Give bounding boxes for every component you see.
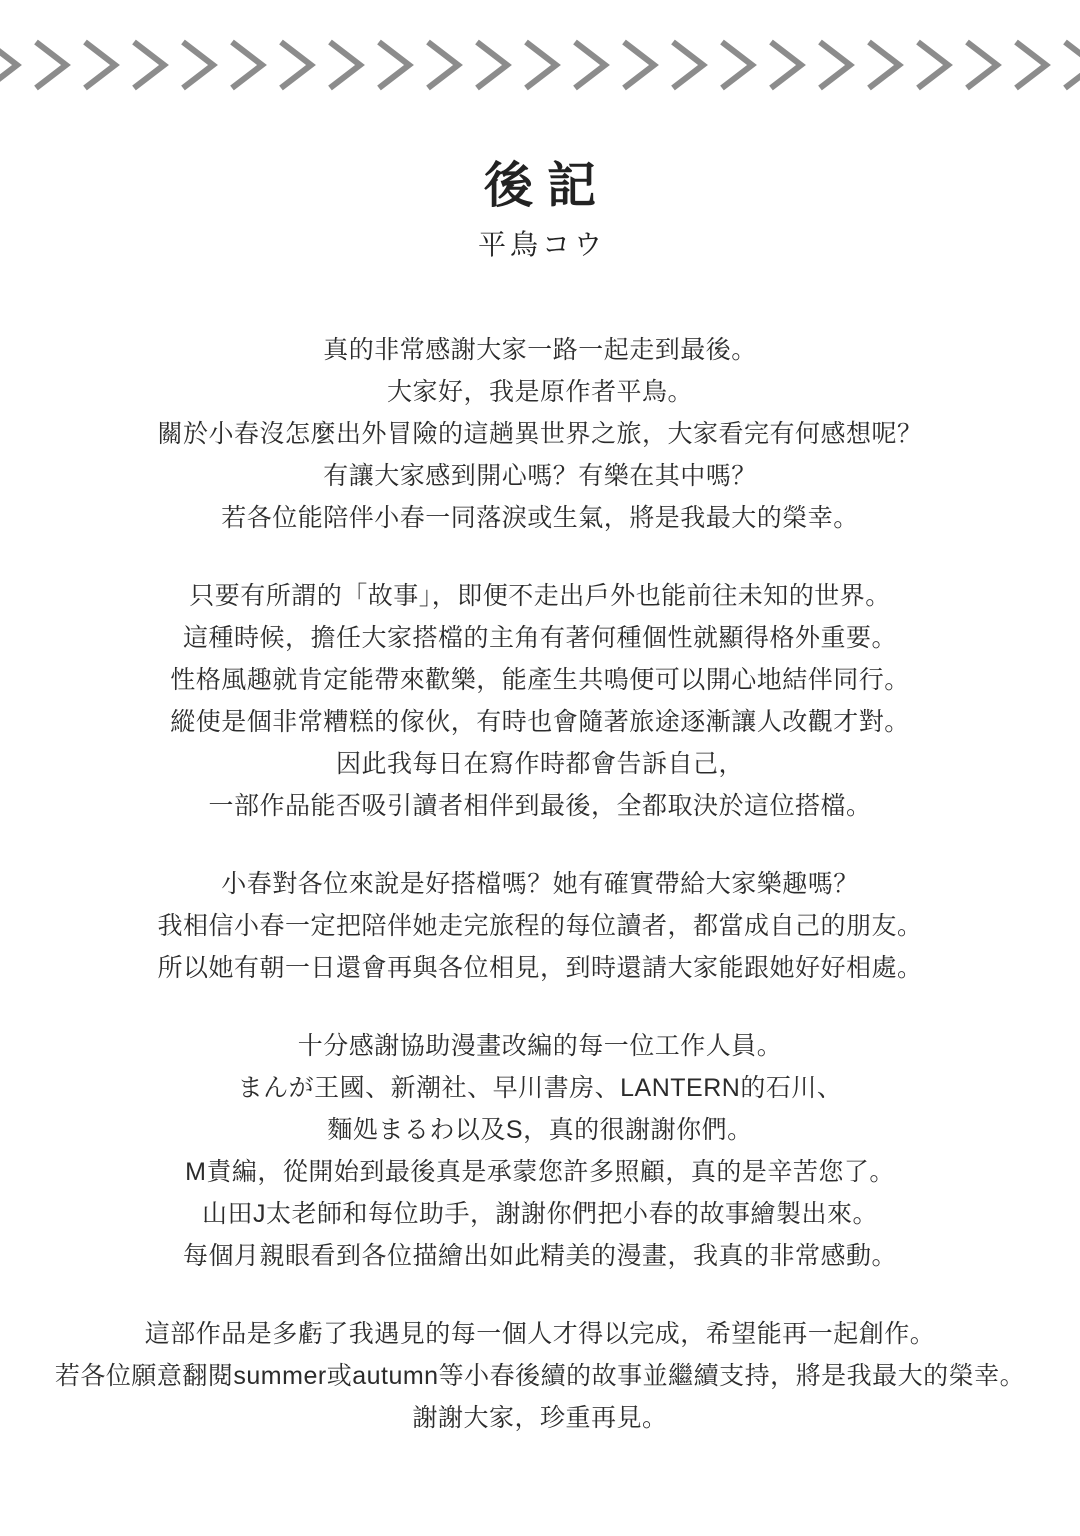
chevron-right-icon bbox=[370, 38, 419, 92]
afterword-line: 若各位願意翻閱summer或autumn等小春後續的故事並繼續支持，將是我最大的… bbox=[0, 1355, 1080, 1397]
chevron-right-icon bbox=[468, 38, 517, 92]
afterword-line: 謝謝大家，珍重再見。 bbox=[0, 1397, 1080, 1439]
afterword-line: 麵処まるわ以及S，真的很謝謝你們。 bbox=[0, 1109, 1080, 1151]
chevron-right-icon bbox=[174, 38, 223, 92]
chevron-right-icon bbox=[125, 38, 174, 92]
page-title: 後記 bbox=[0, 158, 1080, 214]
afterword-line: 因此我每日在寫作時都會告訴自己， bbox=[0, 743, 1080, 785]
afterword-line: 大家好，我是原作者平鳥。 bbox=[0, 371, 1080, 413]
chevron-right-icon bbox=[419, 38, 468, 92]
afterword-page: 後記 平鳥コウ 真的非常感謝大家一路一起走到最後。 大家好，我是原作者平鳥。 關… bbox=[0, 0, 1080, 1536]
afterword-line: 每個月親眼看到各位描繪出如此精美的漫畫，我真的非常感動。 bbox=[0, 1235, 1080, 1277]
paragraph-4: 十分感謝協助漫畫改編的每一位工作人員。 まんが王國、新潮社、早川書房、LANTE… bbox=[0, 1025, 1080, 1277]
afterword-line: 我相信小春一定把陪伴她走完旅程的每位讀者，都當成自己的朋友。 bbox=[0, 905, 1080, 947]
afterword-line: 有讓大家感到開心嗎？有樂在其中嗎？ bbox=[0, 455, 1080, 497]
chevron-right-icon bbox=[958, 38, 1007, 92]
chevron-right-icon bbox=[762, 38, 811, 92]
afterword-line: 若各位能陪伴小春一同落淚或生氣，將是我最大的榮幸。 bbox=[0, 497, 1080, 539]
chevron-right-icon bbox=[713, 38, 762, 92]
paragraph-2: 只要有所謂的「故事」，即便不走出戶外也能前往未知的世界。 這種時候，擔任大家搭檔… bbox=[0, 575, 1080, 827]
afterword-line: 真的非常感謝大家一路一起走到最後。 bbox=[0, 329, 1080, 371]
paragraph-1: 真的非常感謝大家一路一起走到最後。 大家好，我是原作者平鳥。 關於小春沒怎麼出外… bbox=[0, 329, 1080, 539]
afterword-line: まんが王國、新潮社、早川書房、LANTERN的石川、 bbox=[0, 1067, 1080, 1109]
paragraph-5: 這部作品是多虧了我遇見的每一個人才得以完成，希望能再一起創作。 若各位願意翻閱s… bbox=[0, 1313, 1080, 1439]
afterword-line: 性格風趣就肯定能帶來歡樂，能產生共鳴便可以開心地結伴同行。 bbox=[0, 659, 1080, 701]
afterword-line: 縱使是個非常糟糕的傢伙，有時也會隨著旅途逐漸讓人改觀才對。 bbox=[0, 701, 1080, 743]
afterword-line: 所以她有朝一日還會再與各位相見，到時還請大家能跟她好好相處。 bbox=[0, 947, 1080, 989]
afterword-line: 十分感謝協助漫畫改編的每一位工作人員。 bbox=[0, 1025, 1080, 1067]
chevron-right-icon bbox=[615, 38, 664, 92]
afterword-line: 一部作品能否吸引讀者相伴到最後，全都取決於這位搭檔。 bbox=[0, 785, 1080, 827]
chevron-right-icon bbox=[566, 38, 615, 92]
chevron-right-icon bbox=[860, 38, 909, 92]
chevron-right-icon bbox=[1056, 38, 1080, 92]
chevron-right-icon bbox=[76, 38, 125, 92]
chevron-right-icon bbox=[1007, 38, 1056, 92]
paragraph-3: 小春對各位來說是好搭檔嗎？她有確實帶給大家樂趣嗎？ 我相信小春一定把陪伴她走完旅… bbox=[0, 863, 1080, 989]
chevron-right-icon bbox=[272, 38, 321, 92]
chevron-right-icon bbox=[517, 38, 566, 92]
chevron-right-icon bbox=[664, 38, 713, 92]
afterword-line: 這部作品是多虧了我遇見的每一個人才得以完成，希望能再一起創作。 bbox=[0, 1313, 1080, 1355]
afterword-line: 山田J太老師和每位助手，謝謝你們把小春的故事繪製出來。 bbox=[0, 1193, 1080, 1235]
afterword-line: 小春對各位來說是好搭檔嗎？她有確實帶給大家樂趣嗎？ bbox=[0, 863, 1080, 905]
chevron-right-icon bbox=[909, 38, 958, 92]
chevron-right-icon bbox=[0, 38, 27, 92]
chevron-right-icon-band bbox=[0, 38, 1080, 92]
chevron-right-icon bbox=[321, 38, 370, 92]
afterword-line: M責編，從開始到最後真是承蒙您許多照顧，真的是辛苦您了。 bbox=[0, 1151, 1080, 1193]
chevron-right-icon bbox=[811, 38, 860, 92]
afterword-line: 這種時候，擔任大家搭檔的主角有著何種個性就顯得格外重要。 bbox=[0, 617, 1080, 659]
afterword-line: 關於小春沒怎麼出外冒險的這趟異世界之旅，大家看完有何感想呢？ bbox=[0, 413, 1080, 455]
afterword-line: 只要有所謂的「故事」，即便不走出戶外也能前往未知的世界。 bbox=[0, 575, 1080, 617]
afterword-text: 真的非常感謝大家一路一起走到最後。 大家好，我是原作者平鳥。 關於小春沒怎麼出外… bbox=[0, 329, 1080, 1439]
chevron-right-icon bbox=[223, 38, 272, 92]
author-name: 平鳥コウ bbox=[0, 228, 1080, 262]
chevron-right-icon bbox=[27, 38, 76, 92]
